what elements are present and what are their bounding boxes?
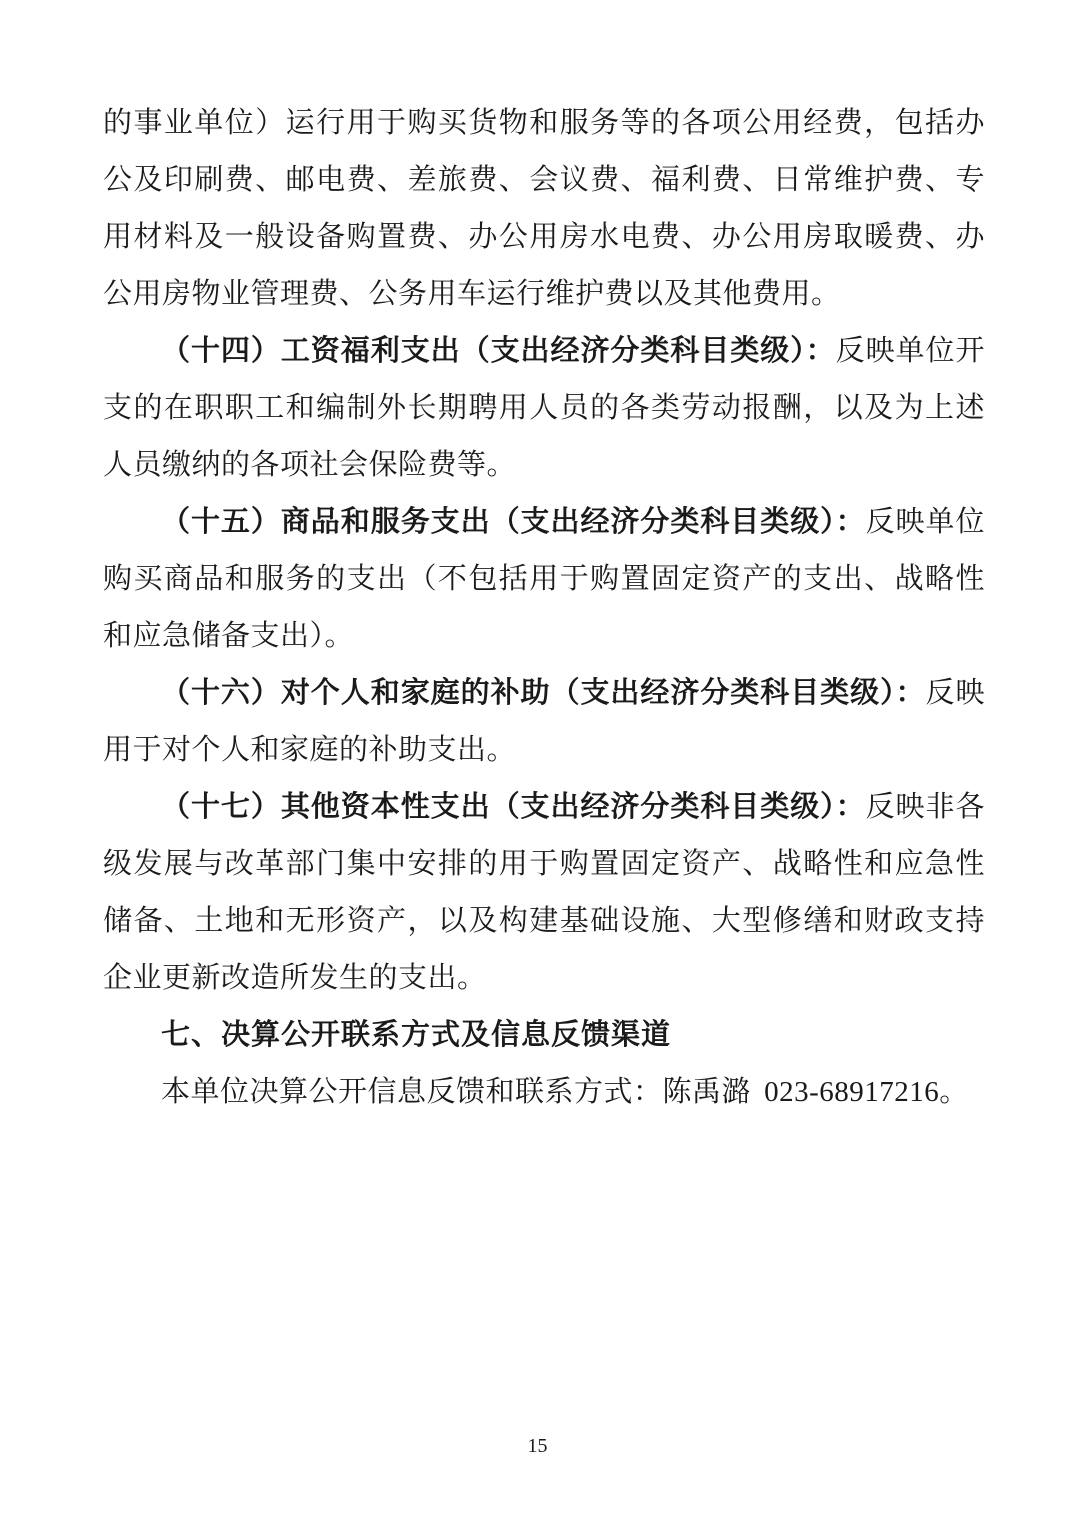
section-heading: 七、决算公开联系方式及信息反馈渠道 — [103, 1007, 985, 1064]
paragraph-lead: （十七）其他资本性支出（支出经济分类科目类级）： — [161, 791, 866, 823]
contact-name: 陈禹潞 — [663, 1076, 752, 1108]
contact-label: 本单位决算公开信息反馈和联系方式： — [161, 1076, 663, 1108]
paragraph-lead: （十六）对个人和家庭的补助（支出经济分类科目类级）： — [161, 677, 926, 709]
paragraph-lead: （十五）商品和服务支出（支出经济分类科目类级）： — [161, 506, 866, 538]
expense-definition-paragraph-16: （十六）对个人和家庭的补助（支出经济分类科目类级）：反映用于对个人和家庭的补助支… — [103, 665, 985, 779]
paragraph-lead: （十四）工资福利支出（支出经济分类科目类级）： — [161, 335, 836, 367]
contact-paragraph: 本单位决算公开信息反馈和联系方式：陈禹潞023-68917216。 — [103, 1064, 985, 1121]
expense-definition-paragraph-15: （十五）商品和服务支出（支出经济分类科目类级）：反映单位购买商品和服务的支出（不… — [103, 494, 985, 665]
paragraph-continuation: 的事业单位）运行用于购买货物和服务等的各项公用经费，包括办公及印刷费、邮电费、差… — [103, 95, 985, 323]
document-page: 的事业单位）运行用于购买货物和服务等的各项公用经费，包括办公及印刷费、邮电费、差… — [0, 0, 1075, 1520]
sentence-period: 。 — [939, 1076, 969, 1108]
page-number: 15 — [0, 1432, 1075, 1460]
contact-phone: 023-68917216 — [764, 1076, 939, 1108]
expense-definition-paragraph-17: （十七）其他资本性支出（支出经济分类科目类级）：反映非各级发展与改革部门集中安排… — [103, 779, 985, 1007]
expense-definition-paragraph-14: （十四）工资福利支出（支出经济分类科目类级）：反映单位开支的在职职工和编制外长期… — [103, 323, 985, 494]
